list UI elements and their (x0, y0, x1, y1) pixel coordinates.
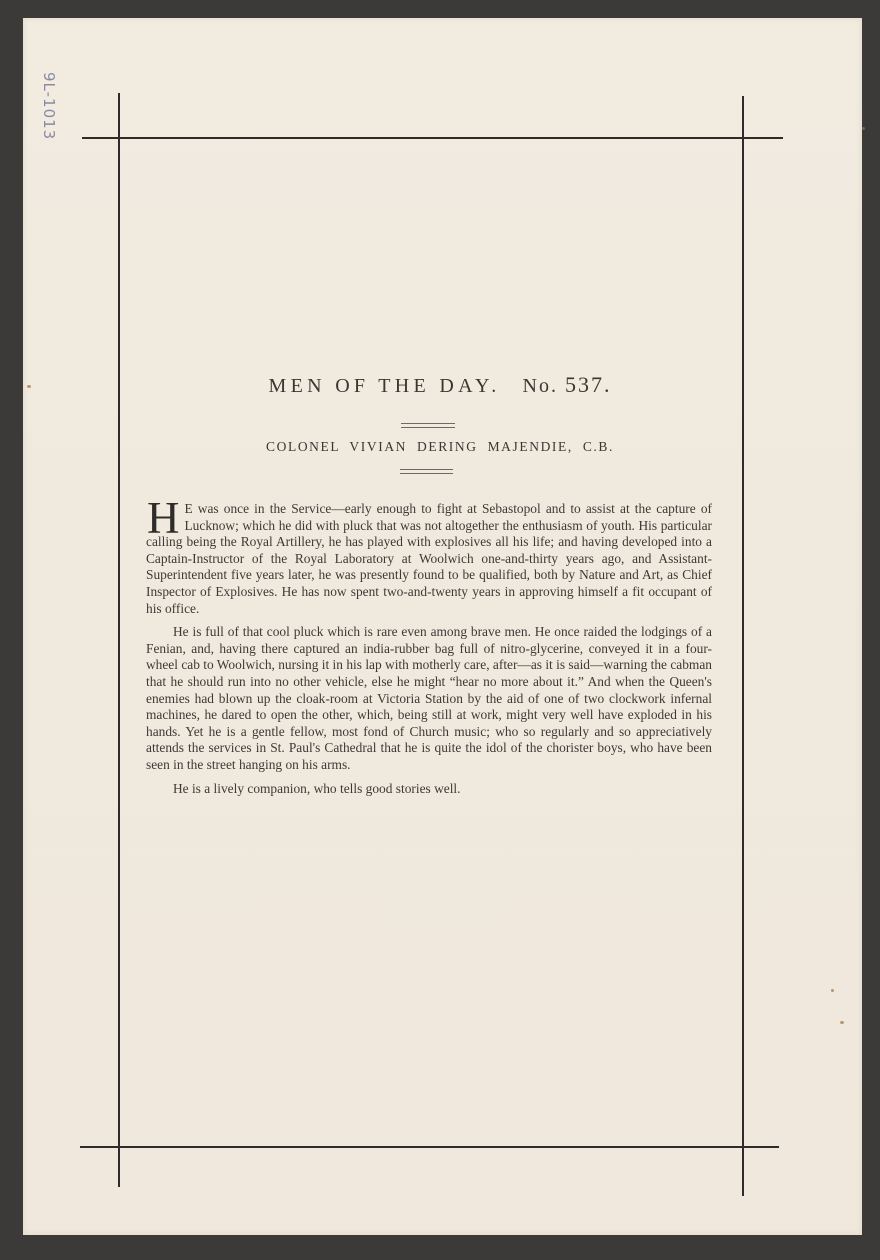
frame-rule-top (82, 137, 783, 139)
drop-cap: H (147, 502, 180, 534)
double-rule-upper (401, 423, 455, 428)
page-title: MEN OF THE DAY.No. 537. (0, 372, 880, 398)
frame-rule-left (118, 93, 120, 1187)
double-rule-lower (400, 469, 453, 474)
paragraph-2: He is full of that cool pluck which is r… (146, 624, 712, 773)
title-number-prefix: No. (523, 375, 558, 397)
frame-rule-bottom (80, 1146, 779, 1148)
foxing-spot (840, 1021, 844, 1024)
subject-name: COLONEL VIVIAN DERING MAJENDIE, C.B. (0, 439, 880, 455)
foxing-spot (27, 385, 31, 388)
article-body: HE was once in the Service—early enough … (146, 501, 712, 804)
frame-rule-right (742, 96, 744, 1196)
foxing-spot (831, 989, 834, 992)
title-number-value: 537. (565, 372, 612, 397)
title-number: No. 537. (523, 375, 612, 397)
pencil-catalog-note: 9L-1013 (40, 72, 58, 140)
paragraph-1-text: E was once in the Service—early enough t… (146, 501, 712, 616)
title-series: MEN OF THE DAY. (269, 375, 501, 397)
foxing-spot (862, 127, 865, 130)
paragraph-1: HE was once in the Service—early enough … (146, 501, 712, 617)
paragraph-3: He is a lively companion, who tells good… (146, 781, 712, 798)
